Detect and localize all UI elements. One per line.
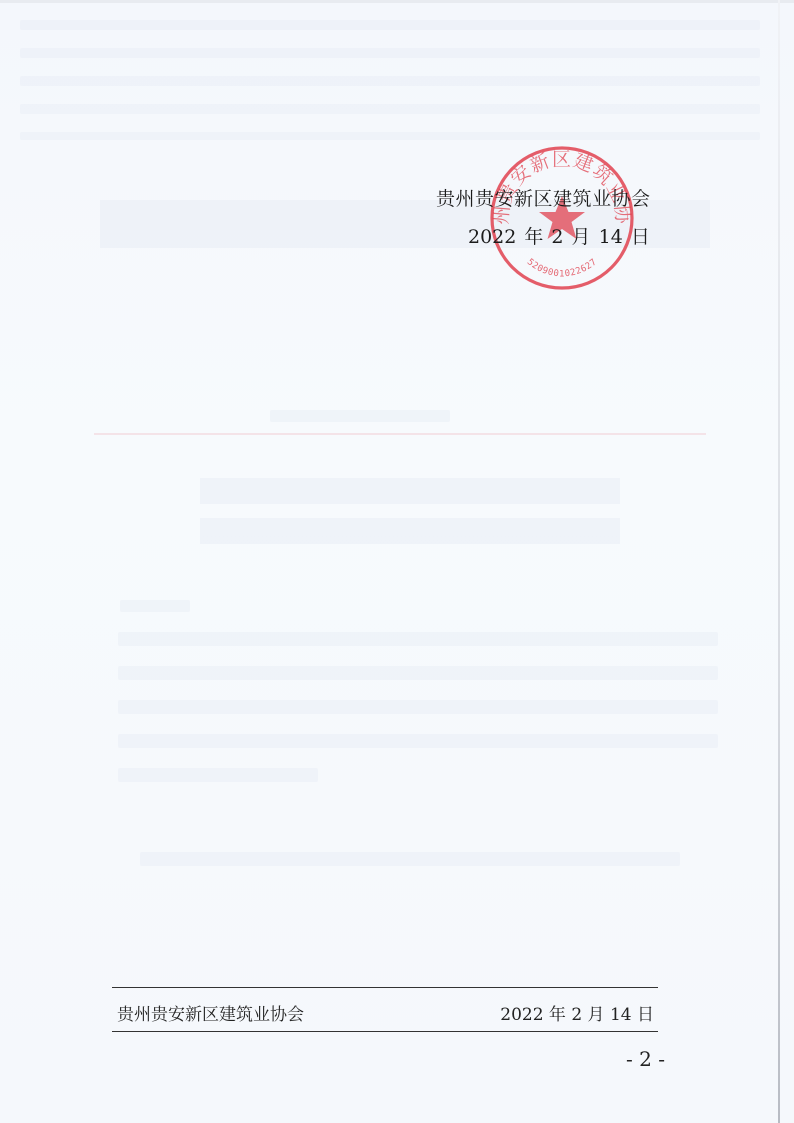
svg-text:5209001022627: 5209001022627 bbox=[525, 257, 599, 279]
page-right-edge bbox=[778, 0, 780, 1123]
page-number: - 2 - bbox=[626, 1047, 665, 1071]
seal-icon: 贵州贵安新区建筑业协会 5209001022627 bbox=[488, 144, 636, 292]
document-page: 贵州贵安新区建筑业协会 5209001022627 贵州贵安新区建筑业协会 20… bbox=[0, 0, 794, 1123]
page-top-edge bbox=[0, 0, 794, 3]
official-seal: 贵州贵安新区建筑业协会 5209001022627 bbox=[488, 144, 636, 292]
footer-rule-top bbox=[112, 987, 658, 988]
footer-rule-bottom bbox=[112, 1031, 658, 1032]
footer-date: 2022 年 2 月 14 日 bbox=[500, 1000, 654, 1025]
signature-date: 2022 年 2 月 14 日 bbox=[468, 222, 650, 249]
footer-organization: 贵州贵安新区建筑业协会 bbox=[117, 1000, 304, 1025]
seal-code: 5209001022627 bbox=[525, 257, 599, 279]
signature-organization: 贵州贵安新区建筑业协会 bbox=[436, 184, 651, 211]
